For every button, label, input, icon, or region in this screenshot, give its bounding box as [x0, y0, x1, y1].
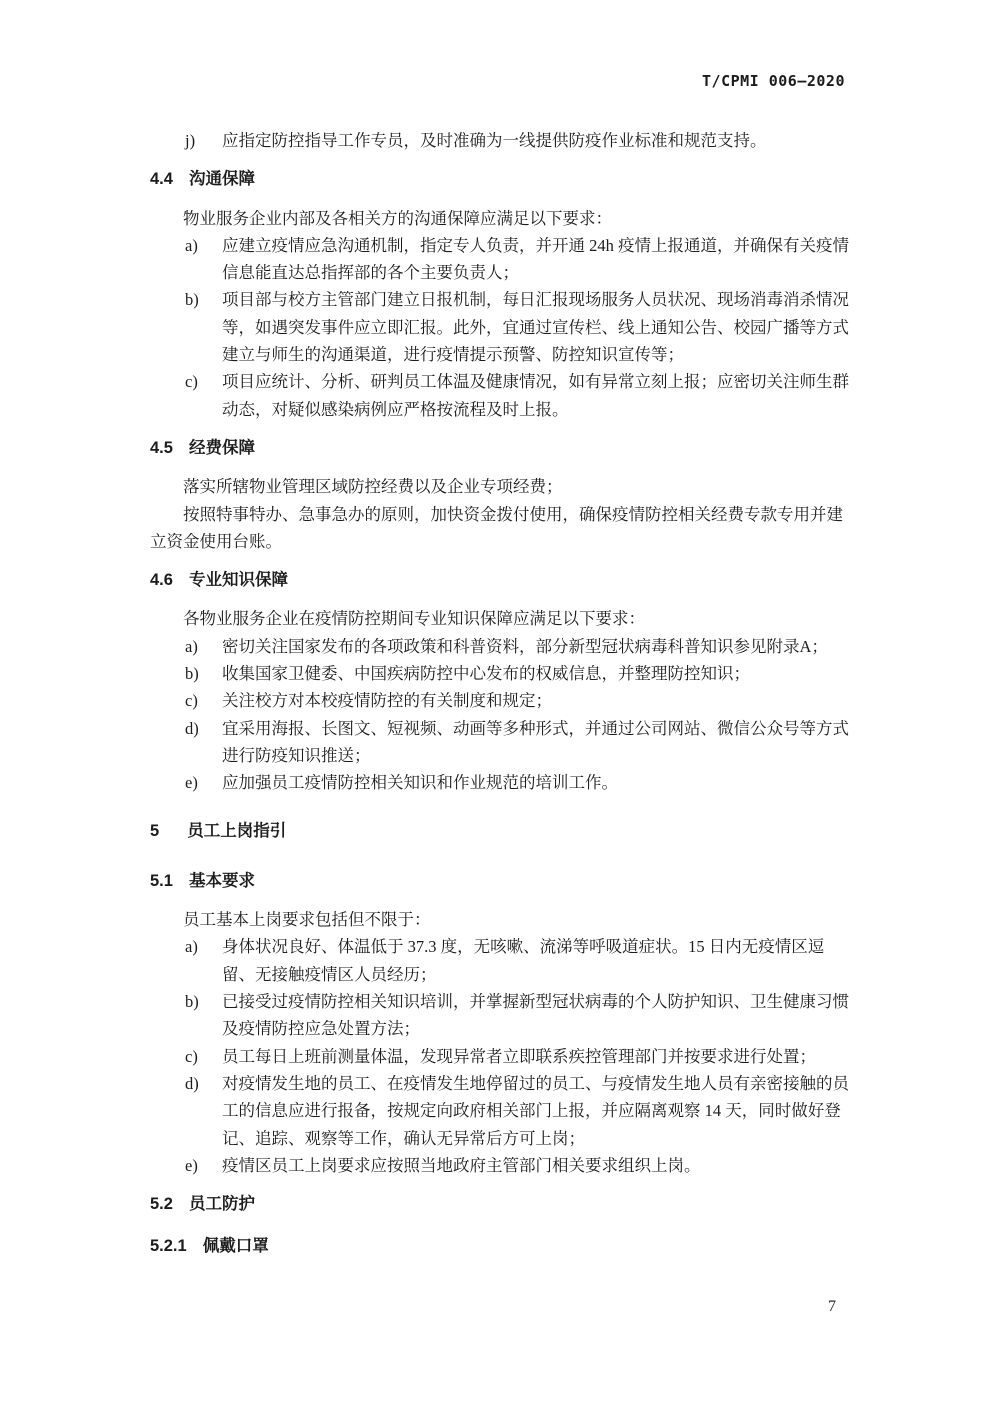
list-text: 身体状况良好、体温低于 37.3 度，无咳嗽、流涕等呼吸道症状。15 日内无疫情…	[222, 937, 824, 983]
list-marker: d)	[185, 1070, 199, 1097]
section-title: 佩戴口罩	[203, 1237, 269, 1255]
list-text: 应加强员工疫情防控相关知识和作业规范的培训工作。	[222, 773, 618, 792]
section-heading-4-5: 4.5经费保障	[150, 435, 850, 462]
list-marker: c)	[185, 1043, 198, 1070]
list-item: a) 应建立疫情应急沟通机制，指定专人负责，并开通 24h 疫情上报通道，并确保…	[150, 232, 850, 287]
list-marker: b)	[185, 988, 199, 1015]
document-page: T/CPMI 006—2020 j) 应指定防控指导工作专员，及时准确为一线提供…	[0, 0, 1000, 1415]
section-number: 5.2.1	[150, 1237, 187, 1255]
list-marker: e)	[185, 769, 198, 796]
list-item: e) 疫情区员工上岗要求应按照当地政府主管部门相关要求组织上岗。	[150, 1152, 850, 1179]
list-item: b) 收集国家卫健委、中国疾病防控中心发布的权威信息，并整理防控知识；	[150, 660, 850, 687]
list-item: j) 应指定防控指导工作专员，及时准确为一线提供防疫作业标准和规范支持。	[150, 127, 850, 154]
section-title: 员工防护	[189, 1195, 255, 1213]
list-text: 员工每日上班前测量体温，发现异常者立即联系疾控管理部门并按要求进行处置；	[222, 1047, 816, 1066]
section-heading-5-2: 5.2员工防护	[150, 1191, 850, 1218]
list-marker: b)	[185, 660, 199, 687]
list-item: b) 项目部与校方主管部门建立日报机制，每日汇报现场服务人员状况、现场消毒消杀情…	[150, 286, 850, 368]
section-title: 专业知识保障	[189, 571, 288, 589]
list-marker: c)	[185, 687, 198, 714]
list-item: a) 密切关注国家发布的各项政策和科普资料，部分新型冠状病毒科普知识参见附录A；	[150, 633, 850, 660]
list-marker: d)	[185, 715, 199, 742]
section-number: 4.4	[150, 170, 173, 188]
list-item: d) 对疫情发生地的员工、在疫情发生地停留过的员工、与疫情发生地人员有亲密接触的…	[150, 1070, 850, 1152]
section-title: 基本要求	[189, 872, 255, 890]
list-item: b) 已接受过疫情防控相关知识培训，并掌握新型冠状病毒的个人防护知识、卫生健康习…	[150, 988, 850, 1043]
document-content: j) 应指定防控指导工作专员，及时准确为一线提供防疫作业标准和规范支持。 4.4…	[150, 127, 850, 1272]
list-item: c) 关注校方对本校疫情防控的有关制度和规定；	[150, 687, 850, 714]
list-marker: a)	[185, 633, 198, 660]
section-heading-5-2-1: 5.2.1佩戴口罩	[150, 1233, 850, 1260]
list-text: 对疫情发生地的员工、在疫情发生地停留过的员工、与疫情发生地人员有亲密接触的员工的…	[222, 1074, 849, 1148]
list-marker: j)	[185, 127, 195, 154]
document-code-header: T/CPMI 006—2020	[702, 72, 845, 90]
paragraph: 物业服务企业内部及各相关方的沟通保障应满足以下要求：	[150, 205, 850, 232]
list-text: 密切关注国家发布的各项政策和科普资料，部分新型冠状病毒科普知识参见附录A；	[222, 637, 828, 656]
list-marker: a)	[185, 232, 198, 259]
chapter-title: 员工上岗指引	[187, 822, 286, 840]
list-text: 项目应统计、分析、研判员工体温及健康情况，如有异常立刻上报；应密切关注师生群动态…	[222, 372, 849, 418]
paragraph: 各物业服务企业在疫情防控期间专业知识保障应满足以下要求：	[150, 605, 850, 632]
list-item: e) 应加强员工疫情防控相关知识和作业规范的培训工作。	[150, 769, 850, 796]
list-marker: e)	[185, 1152, 198, 1179]
list-item: c) 项目应统计、分析、研判员工体温及健康情况，如有异常立刻上报；应密切关注师生…	[150, 368, 850, 423]
list-text: 应指定防控指导工作专员，及时准确为一线提供防疫作业标准和规范支持。	[222, 131, 767, 150]
list-text: 已接受过疫情防控相关知识培训，并掌握新型冠状病毒的个人防护知识、卫生健康习惯及疫…	[222, 992, 849, 1038]
list-text: 应建立疫情应急沟通机制，指定专人负责，并开通 24h 疫情上报通道，并确保有关疫…	[222, 236, 849, 282]
list-item: a) 身体状况良好、体温低于 37.3 度，无咳嗽、流涕等呼吸道症状。15 日内…	[150, 933, 850, 988]
section-heading-4-4: 4.4沟通保障	[150, 166, 850, 193]
section-title: 经费保障	[189, 439, 255, 457]
list-text: 收集国家卫健委、中国疾病防控中心发布的权威信息，并整理防控知识；	[222, 664, 750, 683]
list-text: 项目部与校方主管部门建立日报机制，每日汇报现场服务人员状况、现场消毒消杀情况等，…	[222, 290, 849, 364]
section-heading-4-6: 4.6专业知识保障	[150, 567, 850, 594]
section-number: 5.1	[150, 872, 173, 890]
list-marker: b)	[185, 286, 199, 313]
list-item: c) 员工每日上班前测量体温，发现异常者立即联系疾控管理部门并按要求进行处置；	[150, 1043, 850, 1070]
list-text: 关注校方对本校疫情防控的有关制度和规定；	[222, 691, 552, 710]
paragraph: 按照特事特办、急事急办的原则，加快资金拨付使用，确保疫情防控相关经费专款专用并建…	[150, 501, 850, 556]
section-number: 5.2	[150, 1195, 173, 1213]
list-marker: a)	[185, 933, 198, 960]
paragraph: 落实所辖物业管理区域防控经费以及企业专项经费；	[150, 473, 850, 500]
section-heading-5-1: 5.1基本要求	[150, 868, 850, 895]
list-item: d) 宜采用海报、长图文、短视频、动画等多种形式，并通过公司网站、微信公众号等方…	[150, 715, 850, 770]
list-marker: c)	[185, 368, 198, 395]
chapter-heading-5: 5员工上岗指引	[150, 818, 850, 845]
section-title: 沟通保障	[189, 170, 255, 188]
list-text: 疫情区员工上岗要求应按照当地政府主管部门相关要求组织上岗。	[222, 1156, 701, 1175]
list-text: 宜采用海报、长图文、短视频、动画等多种形式，并通过公司网站、微信公众号等方式进行…	[222, 719, 849, 765]
page-number: 7	[828, 1297, 836, 1317]
chapter-number: 5	[150, 822, 159, 840]
section-number: 4.6	[150, 571, 173, 589]
section-number: 4.5	[150, 439, 173, 457]
paragraph: 员工基本上岗要求包括但不限于：	[150, 906, 850, 933]
